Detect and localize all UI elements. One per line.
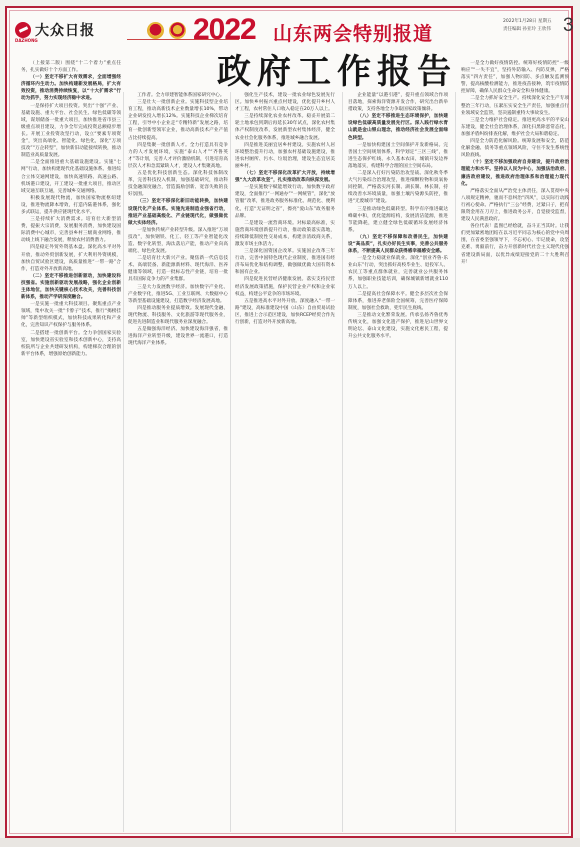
date-line: 2022年1月28日 星期五 <box>503 18 551 26</box>
body-paragraph: 一是全力稳就业保就业。深化“创业齐鲁·乐业山东”行动，突出抓好高校毕业生、退役军… <box>348 255 448 290</box>
column-divider <box>123 92 124 832</box>
national-emblem-icon <box>147 22 164 39</box>
body-paragraph: 各位代表！蓝图已经绘就，奋斗正当其时。让我们更加紧密地团结在以习近平同志为核心的… <box>461 223 569 266</box>
section-heading-paragraph: （一）坚定不移扩大有效需求，全面增强经济循环内生动力。加快构建新发展格局，扩大有… <box>21 74 121 102</box>
body-paragraph: 四是推进美丽宜居乡村建设。实施农村人居环境整治提升行动，加强农村基础设施建设，推… <box>235 142 335 170</box>
body-paragraph: 二是深入打好污染防治攻坚战。深化秋冬季大气污染综合治理攻坚，推进细颗粒物和臭氧协… <box>348 170 448 205</box>
logo-subtitle: DAZHONG <box>15 38 38 43</box>
body-paragraph: 严格落实全面从严治党主体责任，深入贯彻中央八项规定精神，驰而不息纠治“四风”，以… <box>461 188 569 223</box>
body-paragraph: 二是建设一流营商环境。对标最高标准，实施营商环境创新提升行动，推动政策落实落地，… <box>235 220 335 248</box>
body-paragraph: 一是实施数字赋能增效行动。加快数字政府建设，全面推行“一网通办”“一网统管”，深… <box>235 184 335 219</box>
body-paragraph: 一是加快传统产业转型升级。深入推进“万项技改”，加快钢铁、化工、轻工等产业智能化… <box>128 227 228 255</box>
body-paragraph: 强化生产技术，建设一批农业绿色发展先行区。加快乡村振兴重点村建设，优化提升乡村人… <box>235 92 335 113</box>
body-paragraph: 三是推动文化繁荣发展。传承弘扬齐鲁优秀传统文化，加强文化遗产保护，推进尼山世界文… <box>348 312 448 340</box>
section-heading-paragraph: （八）坚定不移推进生态环境保护，加快建设绿色低碳高质量发展先行区。深入践行绿水青… <box>348 113 448 141</box>
page-meta: 2022年1月28日 星期五 责任编辑 孙亚玲 王欣伟 <box>503 18 551 34</box>
section-heading-paragraph: （二）坚定不移推进创新驱动，加快建设科技强省。实施创新驱动发展战略，强化企业创新… <box>21 273 121 301</box>
section-heading-paragraph: （九）坚定不移保障和改善民生，加快建设“高品质”，扎实办好民生实事，完善公共服务… <box>348 234 448 255</box>
body-paragraph: 二是搭建一批创新平台。全力争创国家实验室，加快建设省实验室和技术创新中心，支持高… <box>21 330 121 358</box>
editors-line: 责任编辑 孙亚玲 王欣伟 <box>503 26 551 34</box>
newspaper-page: 大众日报 DAZHONG 2022 山东两会特别报道 2022年1月28日 星期… <box>5 6 573 838</box>
section-heading-paragraph: （十）坚定不移加强政府自身建设，提升政府治理能力和水平。坚持以人民为中心，加强法… <box>461 159 569 187</box>
body-paragraph: 三是壮大一批创新企业。实施科技型企业培育工程，推动高新技术企业数量增长10%，带… <box>128 99 228 142</box>
body-paragraph: 五是优化科技创新生态。深化科技体制改革，完善科技投入机制，加强基础研究，推动科技… <box>128 170 228 198</box>
body-paragraph: 四是稳定外贸外资基本盘。深化高水平对外开放，推动外贸创新发展，扩大利用外资规模，… <box>21 244 121 272</box>
article-column-1: （上接第二版）围绕“十二个着力”重点任务，扎实做好十个方面工作。（一）坚定不移扩… <box>21 60 121 832</box>
column-divider <box>342 92 343 832</box>
body-paragraph: 五是做强海洋经济。加快建设海洋强省，推进海洋产业转型升级，建设世界一流港口，打造… <box>128 326 228 347</box>
body-paragraph: 积极发展现代物流，加快国家物流枢纽建设，推进物流降本增效，打造内陆港体系，强化多… <box>21 195 121 216</box>
body-paragraph: 三是推动绿色低碳转型。科学有序推进碳达峰碳中和，优化能源结构，发展清洁能源，推进… <box>348 206 448 234</box>
body-paragraph: 四是集聚一批创新人才。全力打造具有竞争力的人才发展环境，实施“泰山人才”“齐鲁英… <box>128 142 228 170</box>
body-paragraph: 二是全面推进重大基础设施建设。实施“七网”行动，加快构建现代化基础设施体系。推进… <box>21 159 121 194</box>
body-paragraph: 一是保持扩大项目投资。突出“十强”产业、基础设施、重大平台、社会民生、绿色低碳等… <box>21 103 121 160</box>
column-divider <box>455 92 456 832</box>
body-paragraph: 一是加快构建国土空间保护开发新格局。完善国土空间规划体系，科学划定“三区三线”，… <box>348 142 448 170</box>
section-heading-paragraph: （三）坚定不移深化新旧动能转换，加快建设现代化产业体系。实施先进制造业强省行动，… <box>128 198 228 226</box>
body-paragraph: （上接第二版）围绕“十二个着力”重点任务，扎实做好十个方面工作。 <box>21 60 121 74</box>
body-paragraph: 三是持续扩大消费需求。培育壮大新型消费，提振大宗消费，发展服务消费，加快建设国际… <box>21 216 121 244</box>
article-column-4: 企业能量“以港引港”，提升重点领域合作项目落地，探索海洋资源开发合作，研究出台新… <box>348 92 448 832</box>
emblem-group <box>147 22 186 39</box>
column-divider <box>230 92 231 832</box>
newspaper-name: 大众日报 <box>35 20 95 40</box>
masthead: 大众日报 <box>15 20 95 40</box>
body-paragraph: 二是提高社会保障水平。健全多层次社会保障体系，推进养老保险全国统筹，完善医疗保障… <box>348 291 448 312</box>
body-paragraph: 四是促进民营经济健康发展。落实支持民营经济发展政策措施，保护民营企业产权和企业家… <box>235 276 335 297</box>
banner-year: 2022 <box>193 13 256 47</box>
body-paragraph: 二是全力抓好安全生产。持续深化安全生产专项整治三年行动，压紧压实安全生产责任，加… <box>461 95 569 116</box>
article-column-3: 强化生产技术，建设一批农业绿色发展先行区。加快乡村振兴重点村建设，优化提升乡村人… <box>235 92 335 832</box>
body-paragraph: 工作者。全力审建智能体系国家研究中心。 <box>128 92 228 99</box>
body-paragraph: 四是全力防范化解风险。统筹发展和安全，防范化解金融、债务等重点领域风险，守住不发… <box>461 138 569 159</box>
body-paragraph: 三是持续深化农业农村改革。稳妥开展第二轮土地承包到期后再延长30年试点，深化农村… <box>235 113 335 141</box>
body-paragraph: 三是深化国资国企改革。实施国企改革三年行动，完善中国特色现代企业制度，推进国有经… <box>235 248 335 276</box>
body-paragraph: 二是培育壮大新兴产业。聚焦新一代信息技术、高端装备、新能源新材料、现代海洋、医养… <box>128 255 228 283</box>
cppcc-emblem-icon <box>169 22 186 39</box>
section-heading-paragraph: （七）坚定不移深化改革扩大开放，持续增强“九大改革攻坚”，扎实推动改革向纵深发展… <box>235 170 335 184</box>
body-paragraph: 一是实施一批重大科技项目。聚焦重点产业领域，集中攻关一批“卡脖子”技术，推行“揭… <box>21 301 121 329</box>
article-column-5: 一是全力做好疫情防控。统筹好疫情防控“一级响应”“一失不宜”，坚持外防输入、内防… <box>461 60 569 832</box>
banner-title: 山东两会特别报道 <box>273 19 433 46</box>
page-bottom-edge <box>0 838 580 847</box>
body-paragraph: 一是全力做好疫情防控。统筹好疫情防控“一级响应”“一失不宜”，坚持外防输入、内防… <box>461 60 569 95</box>
headline: 政府工作报告 <box>217 44 457 93</box>
page-number: 3 <box>563 15 574 37</box>
body-paragraph: 企业能量“以港引港”，提升重点领域合作项目落地，探索海洋资源开发合作，研究出台新… <box>348 92 448 113</box>
body-paragraph: 五是推进高水平对外开放。深度融入“一带一路”建设，高标准建设中国（山东）自由贸易… <box>235 298 335 326</box>
newspaper-logo-icon <box>15 22 31 38</box>
body-paragraph: 三是大力发展数字经济。加快数字产业化、产业数字化，推进5G、工业互联网、大数据中… <box>128 284 228 305</box>
article-column-2: 工作者。全力审建智能体系国家研究中心。三是壮大一批创新企业。实施科技型企业培育工… <box>128 92 228 832</box>
body-paragraph: 四是推动服务业提质增效。发展现代金融、现代物流、科技服务、文化旅游等现代服务业，… <box>128 305 228 326</box>
body-paragraph: 三是全力维护社会稳定。推进更高水平的平安山东建设，健全社会治理体系，深化扫黑除恶… <box>461 117 569 138</box>
